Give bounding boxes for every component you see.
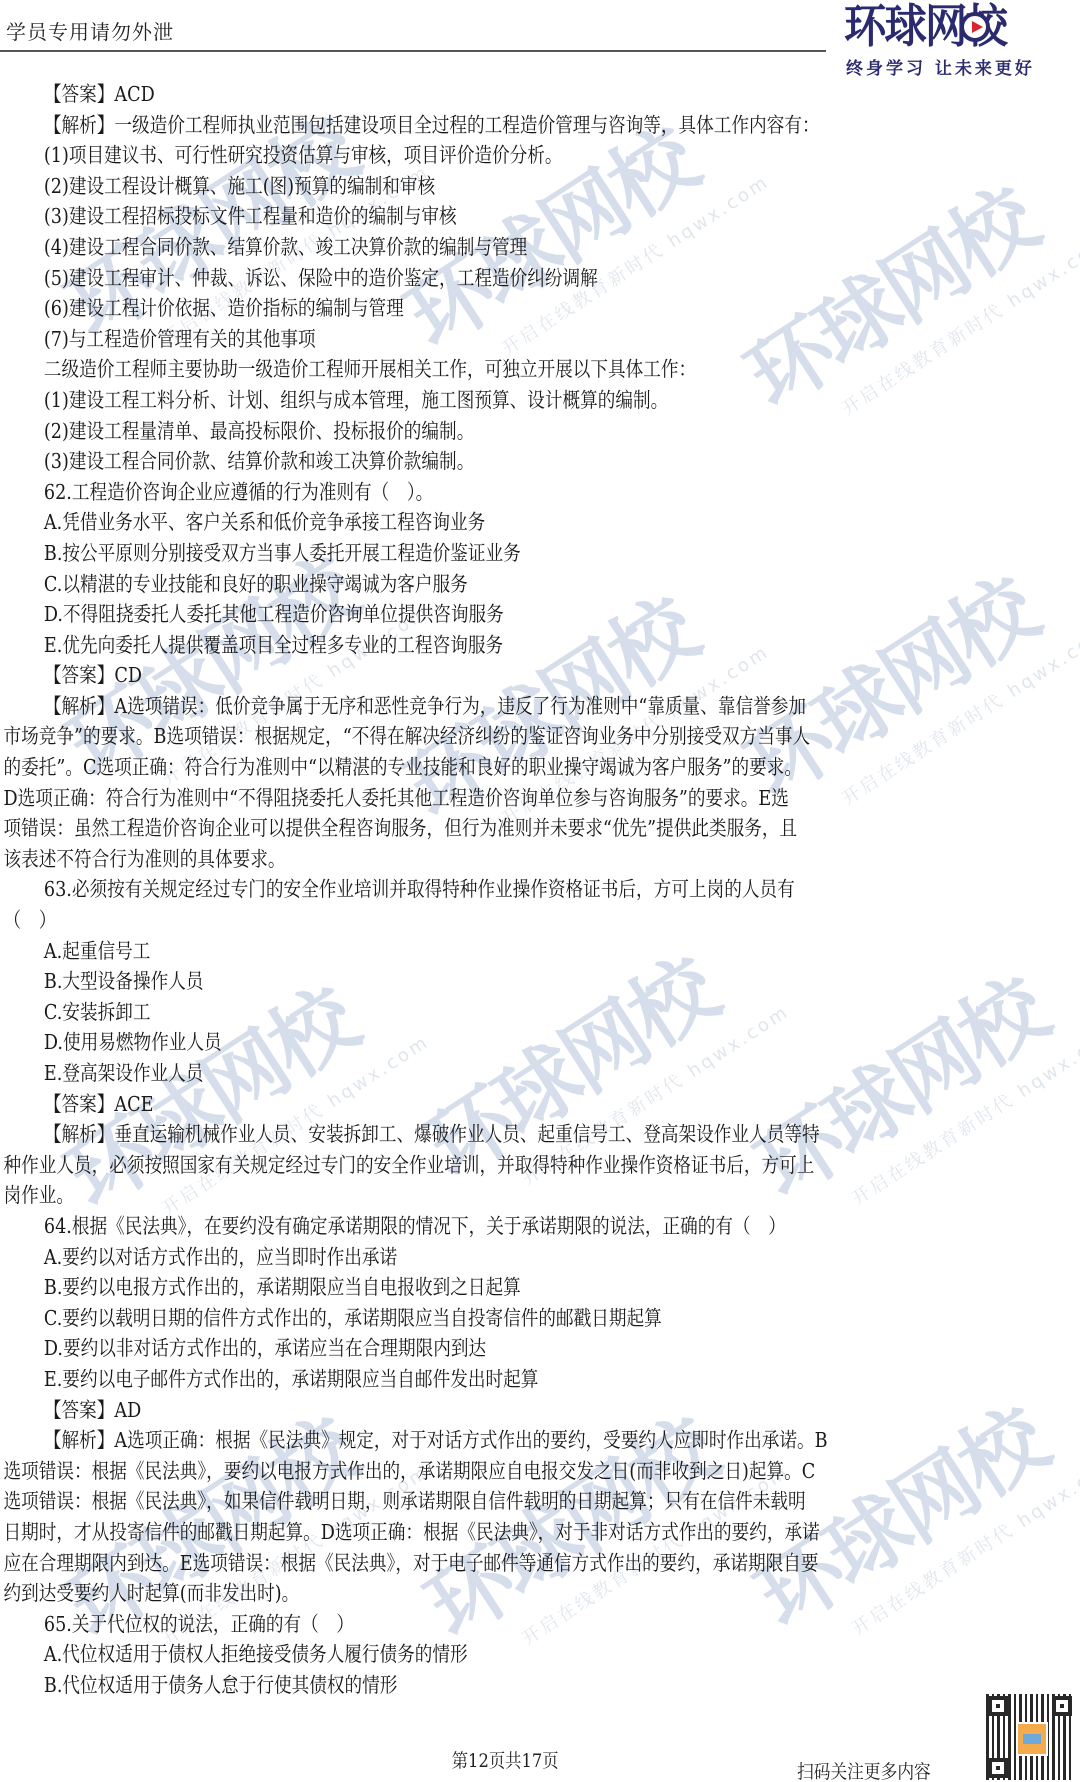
logo-tagline: 终身学习 让未来更好 (846, 54, 1035, 79)
option-e: E.登高架设作业人员 (0, 1058, 929, 1089)
analysis-line: 【解析】A选项错误：低价竞争属于无序和恶性竞争行为，违反了行为准则中“靠质量、靠… (0, 691, 929, 722)
confidential-notice: 学员专用请勿外泄 (6, 16, 174, 45)
analysis-line: 选项错误：根据《民法典》，要约以电报方式作出的，承诺期限应自电报交发之日(而非收… (0, 1456, 929, 1487)
analysis-line: 种作业人员，必须按照国家有关规定经过专门的安全作业培训，并取得特种作业操作资格证… (0, 1150, 929, 1181)
option-b: B.要约以电报方式作出的，承诺期限应当自电报收到之日起算 (0, 1272, 929, 1303)
question-stem-62: 62.工程造价咨询企业应遵循的行为准则有（ ）。 (0, 477, 929, 508)
question-stem-63-blank: （ ） (0, 905, 929, 936)
option-c: C.以精湛的专业技能和良好的职业操守竭诚为客户服务 (0, 569, 929, 600)
analysis-line: (1)建设工程工料分析、计划、组织与成本管理，施工图预算、设计概算的编制。 (0, 385, 929, 416)
analysis-line: D选项正确：符合行为准则中“不得阻挠委托人委托其他工程造价咨询单位参与咨询服务”… (0, 783, 929, 814)
question-stem-63: 63.必须按有关规定经过专门的安全作业培训并取得特种作业操作资格证书后，方可上岗… (0, 874, 929, 905)
option-a: A.起重信号工 (0, 936, 929, 967)
analysis-line: 日期时，才从投寄信件的邮戳日期起算。D选项正确：根据《民法典》，对于非对话方式作… (0, 1517, 929, 1548)
analysis-line: (3)建设工程合同价款、结算价款和竣工决算价款编制。 (0, 446, 929, 477)
analysis-line: 该表述不符合行为准则的具体要求。 (0, 844, 929, 875)
qr-center-logo-icon (1016, 1722, 1048, 1756)
analysis-line: 岗作业。 (0, 1180, 929, 1211)
option-e: E.要约以电子邮件方式作出的，承诺期限应当自邮件发出时起算 (0, 1364, 929, 1395)
analysis-line: (6)建设工程计价依据、造价指标的编制与管理 (0, 293, 929, 324)
question-stem-64: 64.根据《民法典》，在要约没有确定承诺期限的情况下，关于承诺期限的说法，正确的… (0, 1211, 929, 1242)
answer-label: 【答案】AD (0, 1395, 929, 1426)
header-divider (0, 50, 826, 52)
option-a: A.凭借业务水平、客户关系和低价竞争承接工程咨询业务 (0, 507, 929, 538)
option-e: E.优先向委托人提供覆盖项目全过程多专业的工程咨询服务 (0, 630, 929, 661)
analysis-line: 【解析】一级造价工程师执业范围包括建设项目全过程的工程造价管理与咨询等，具体工作… (0, 110, 929, 141)
qr-finder-icon (1052, 1696, 1072, 1716)
option-c: C.安装拆卸工 (0, 997, 929, 1028)
analysis-line: 选项错误：根据《民法典》，如果信件载明日期，则承诺期限自信件载明的日期起算；只有… (0, 1486, 929, 1517)
play-icon (960, 12, 990, 42)
answer-label: 【答案】ACD (0, 79, 929, 110)
analysis-line: 项错误：虽然工程造价咨询企业可以提供全程咨询服务，但行为准则并未要求“优先”提供… (0, 813, 929, 844)
analysis-line: 【解析】A选项正确：根据《民法典》规定，对于对话方式作出的要约，受要约人应即时作… (0, 1425, 929, 1456)
analysis-line: (5)建设工程审计、仲裁、诉讼、保险中的造价鉴定，工程造价纠纷调解 (0, 263, 929, 294)
option-b: B.代位权适用于债务人怠于行使其债权的情形 (0, 1670, 929, 1701)
qr-code-icon (986, 1694, 1074, 1780)
analysis-line: 应在合理期限内到达。E选项错误：根据《民法典》，对于电子邮件等通信方式作出的要约… (0, 1548, 929, 1579)
answer-label: 【答案】CD (0, 660, 929, 691)
document-body: 【答案】ACD 【解析】一级造价工程师执业范围包括建设项目全过程的工程造价管理与… (0, 79, 1080, 1700)
option-d: D.要约以非对话方式作出的，承诺应当在合理期限内到达 (0, 1333, 929, 1364)
analysis-line: (2)建设工程设计概算、施工(图)预算的编制和审核 (0, 171, 929, 202)
analysis-line: 的委托”。C选项正确：符合行为准则中“以精湛的专业技能和良好的职业操守竭诚为客户… (0, 752, 929, 783)
analysis-line: (7)与工程造价管理有关的其他事项 (0, 324, 929, 355)
qr-caption: 扫码关注更多内容 (797, 1757, 931, 1782)
option-a: A.代位权适用于债权人拒绝接受债务人履行债务的情形 (0, 1639, 929, 1670)
question-stem-65: 65.关于代位权的说法，正确的有（ ） (0, 1609, 929, 1640)
qr-finder-icon (988, 1758, 1008, 1778)
analysis-line: 【解析】垂直运输机械作业人员、安装拆卸工、爆破作业人员、起重信号工、登高架设作业… (0, 1119, 929, 1150)
option-b: B.大型设备操作人员 (0, 966, 929, 997)
analysis-line: (3)建设工程招标投标文件工程量和造价的编制与审核 (0, 201, 929, 232)
analysis-line: (2)建设工程量清单、最高投标限价、投标报价的编制。 (0, 416, 929, 447)
analysis-line: 市场竞争”的要求。B选项错误：根据规定，“不得在解决经济纠纷的鉴证咨询业务中分别… (0, 721, 929, 752)
answer-label: 【答案】ACE (0, 1089, 929, 1120)
analysis-line: (1)项目建议书、可行性研究投资估算与审核，项目评价造价分析。 (0, 140, 929, 171)
analysis-line: 二级造价工程师主要协助一级造价工程师开展相关工作，可独立开展以下具体工作： (0, 354, 929, 385)
option-d: D.不得阻挠委托人委托其他工程造价咨询单位提供咨询服务 (0, 599, 929, 630)
analysis-line: (4)建设工程合同价款、结算价款、竣工决算价款的编制与管理 (0, 232, 929, 263)
option-b: B.按公平原则分别接受双方当事人委托开展工程造价鉴证业务 (0, 538, 929, 569)
brand-logo: 环球网校 终身学习 让未来更好 (842, 0, 1080, 80)
analysis-line: 约到达受要约人时起算(而非发出时)。 (0, 1578, 929, 1609)
option-d: D.使用易燃物作业人员 (0, 1027, 929, 1058)
qr-finder-icon (988, 1696, 1008, 1716)
option-c: C.要约以载明日期的信件方式作出的，承诺期限应当自投寄信件的邮戳日期起算 (0, 1303, 929, 1334)
option-a: A.要约以对话方式作出的，应当即时作出承诺 (0, 1242, 929, 1273)
